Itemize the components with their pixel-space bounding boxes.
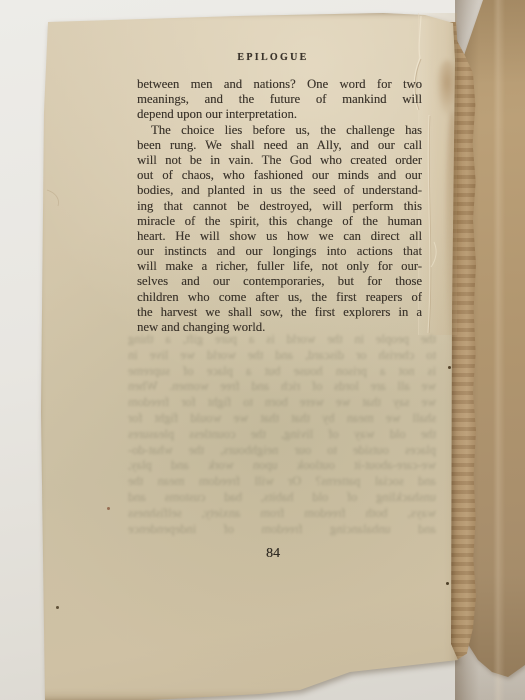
body-text-line: miracle of the spirit, this change of th… bbox=[137, 214, 422, 229]
page-number: 84 bbox=[133, 546, 413, 562]
body-text-block: between men and nations? One word for tw… bbox=[137, 77, 422, 335]
paper-speck bbox=[107, 507, 110, 510]
page-header: EPILOGUE bbox=[133, 52, 413, 63]
ghost-text-line: unshackling of old habits, bad customs a… bbox=[128, 490, 436, 506]
ghost-text-line: to cherish or discard, and the world we … bbox=[128, 348, 436, 364]
ghost-showthrough-block: the people in the world is a pure gift, … bbox=[128, 332, 436, 537]
body-text-line: meanings, and the future of mankind will bbox=[137, 92, 422, 107]
brown-stain bbox=[436, 60, 458, 116]
ghost-text-line: ways, both freedom from anxiety, selfish… bbox=[128, 506, 436, 522]
ghost-text-line: is not a prison house but a place of sup… bbox=[128, 364, 436, 380]
body-text-line: will not be in vain. The God who created… bbox=[137, 153, 422, 168]
ghost-text-line: the old way of living, the countless ple… bbox=[128, 427, 436, 443]
body-text-line: heart. He will show us how we can direct… bbox=[137, 229, 422, 244]
body-text-line: between men and nations? One word for tw… bbox=[137, 77, 422, 92]
ghost-text-line: and unbalancing freedom of independence bbox=[128, 522, 436, 538]
ghost-text-line: places outside to our neighbours, the wh… bbox=[128, 443, 436, 459]
body-text-line: depend upon our interpretation. bbox=[137, 107, 422, 122]
body-text-line: out of chaos, who fashioned our minds an… bbox=[137, 168, 422, 183]
body-text-line: bodies, and planted in us the seed of un… bbox=[137, 183, 422, 198]
ghost-text-line: we-care-about-it outlook upon work and p… bbox=[128, 458, 436, 474]
body-text-line: children who come after us, the first re… bbox=[137, 290, 422, 305]
body-text-line: our instincts and our longings into acti… bbox=[137, 244, 422, 259]
body-text-line: The choice lies before us, the challenge… bbox=[137, 123, 422, 138]
paper-speck bbox=[56, 606, 59, 609]
ghost-text-line: the people in the world is a pure gift, … bbox=[128, 332, 436, 348]
ghost-text-line: we all are lords of rich and free women.… bbox=[128, 379, 436, 395]
book-page-photo: EPILOGUE between men and nations? One wo… bbox=[0, 0, 525, 700]
body-text-line: will make a richer, fuller life, not onl… bbox=[137, 259, 422, 274]
ghost-text-line: shall we mean by that that we would figh… bbox=[128, 411, 436, 427]
body-text-line: been rung. We shall need an Ally, and ou… bbox=[137, 138, 422, 153]
body-text-line: the harvest we shall sow, the first expl… bbox=[137, 305, 422, 320]
body-text-line: ing that cannot be destroyed, will perfo… bbox=[137, 199, 422, 214]
ghost-text-line: we say that we were born to fight for fr… bbox=[128, 395, 436, 411]
ghost-text-line: and social patterns? Or will freedom mea… bbox=[128, 474, 436, 490]
body-text-line: selves and our contemporaries, but for t… bbox=[137, 274, 422, 289]
paper-speck bbox=[448, 366, 451, 369]
paper-speck bbox=[446, 582, 449, 585]
edge-discoloration bbox=[446, 110, 458, 340]
